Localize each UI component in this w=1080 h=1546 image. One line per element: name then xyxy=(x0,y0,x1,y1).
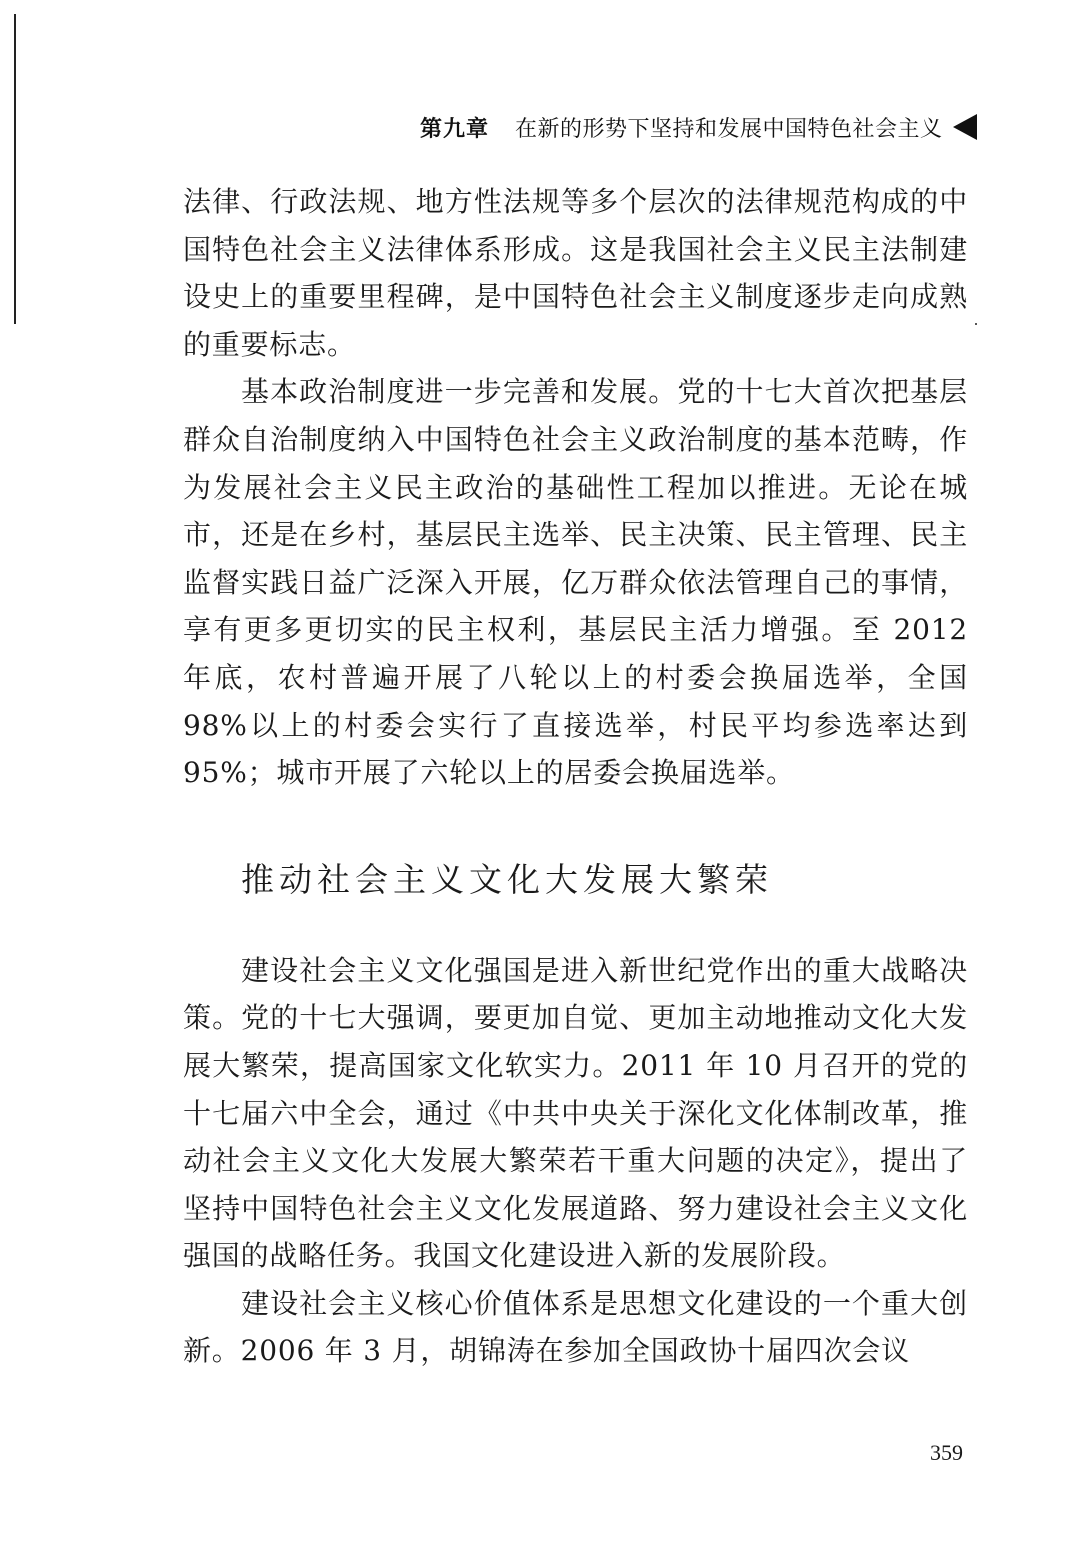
chapter-label: 第九章 xyxy=(420,112,489,143)
paragraph: 建设社会主义核心价值体系是思想文化建设的一个重大创新。2006 年 3 月，胡锦… xyxy=(183,1280,968,1375)
scan-binding-edge xyxy=(14,14,16,324)
paragraph: 基本政治制度进一步完善和发展。党的十七大首次把基层群众自治制度纳入中国特色社会主… xyxy=(183,368,968,796)
left-triangle-icon xyxy=(953,114,977,140)
chapter-title: 在新的形势下坚持和发展中国特色社会主义 xyxy=(515,112,943,143)
scan-speck xyxy=(975,323,977,325)
page-body: 法律、行政法规、地方性法规等多个层次的法律规范构成的中国特色社会主义法律体系形成… xyxy=(183,178,968,1375)
paragraph: 法律、行政法规、地方性法规等多个层次的法律规范构成的中国特色社会主义法律体系形成… xyxy=(183,178,968,368)
running-head: 第九章 在新的形势下坚持和发展中国特色社会主义 xyxy=(420,110,1020,144)
paragraph: 建设社会主义文化强国是进入新世纪党作出的重大战略决策。党的十七大强调，要更加自觉… xyxy=(183,947,968,1280)
section-heading: 推动社会主义文化大发展大繁荣 xyxy=(241,855,968,905)
page-number: 359 xyxy=(930,1440,963,1466)
